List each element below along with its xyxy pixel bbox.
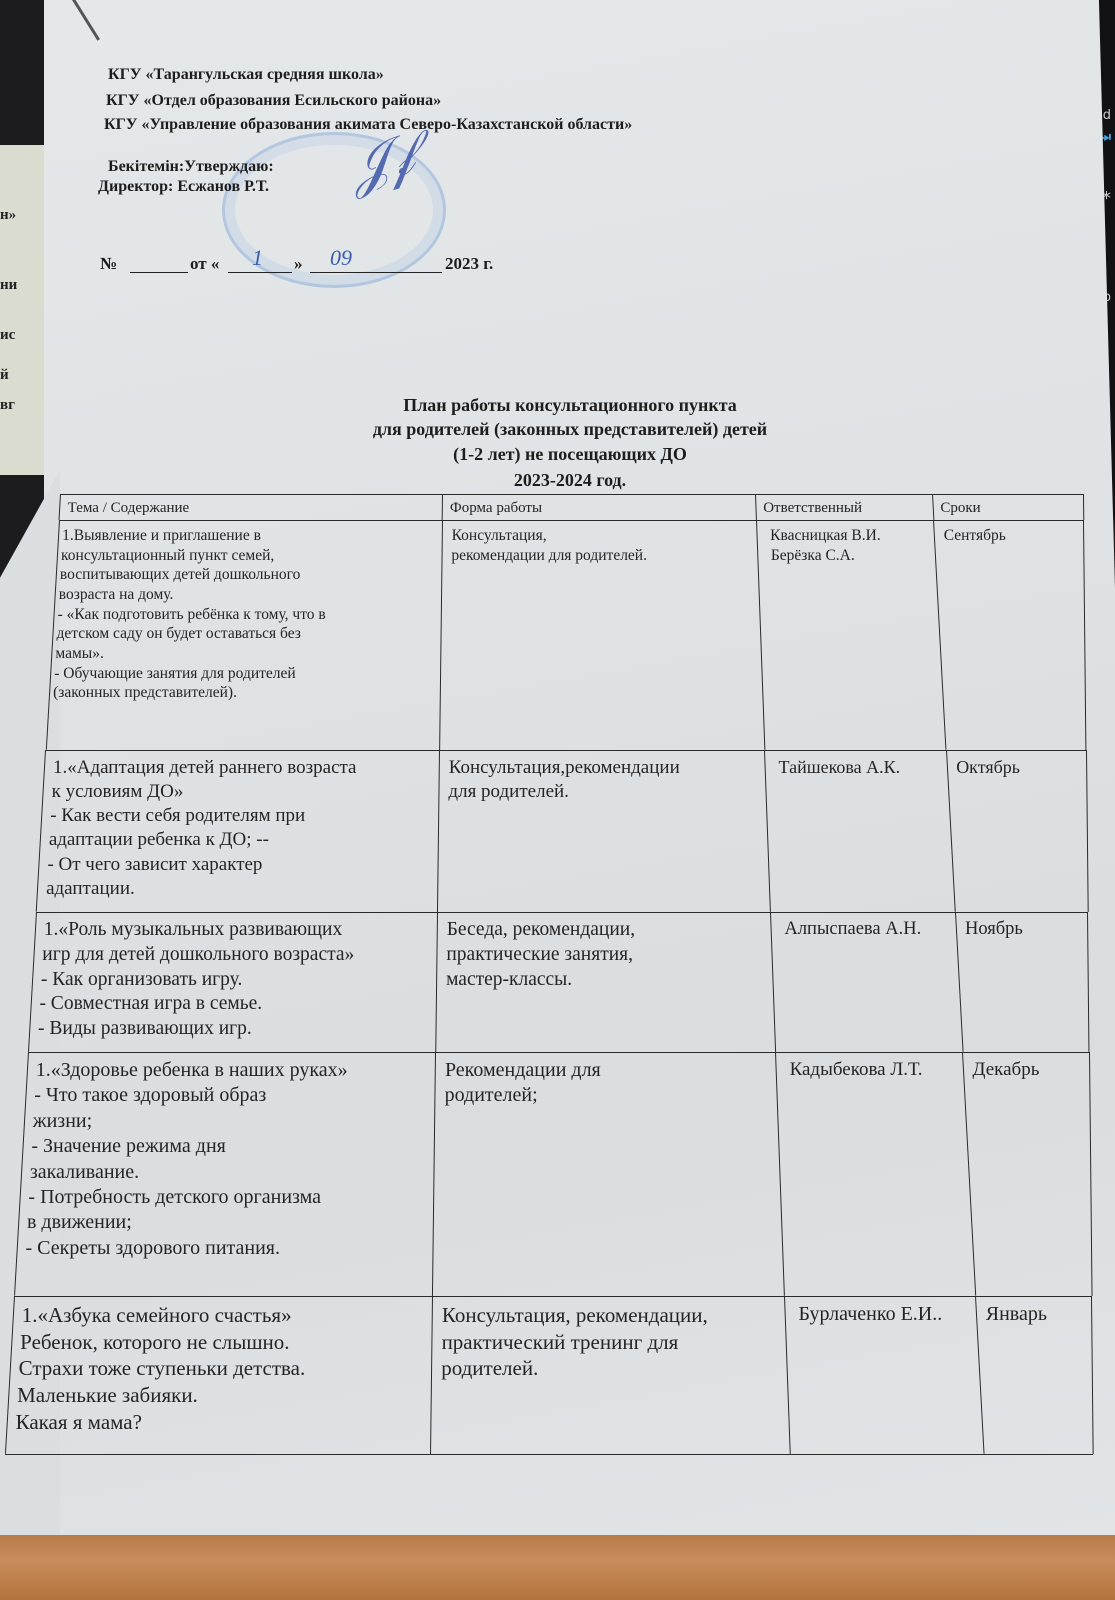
underlying-text-fragment: н» xyxy=(0,207,16,224)
order-number-prefix: № xyxy=(100,254,117,274)
responsible-line: Бурлаченко Е.И.. xyxy=(798,1302,942,1327)
table-header-topic: Тема / Содержание xyxy=(68,499,190,518)
table-row-divider xyxy=(59,520,1084,521)
order-month-handwritten: 09 xyxy=(330,245,352,271)
underlying-text-fragment: вг xyxy=(0,397,15,414)
org-line-school: КГУ «Тарангульская средняя школа» xyxy=(108,66,384,84)
term-cell: Октябрь xyxy=(956,756,1020,779)
table-header-responsible: Ответственный xyxy=(763,499,862,518)
table-row-divider xyxy=(14,1296,1091,1297)
topic-line: - Виды развивающих игр. xyxy=(38,1017,252,1042)
order-day-blank xyxy=(228,272,292,273)
form-line: мастер-классы. xyxy=(446,968,572,993)
form-line: Консультация, рекомендации, xyxy=(442,1302,708,1329)
responsible-line: Квасницкая В.И. xyxy=(770,526,881,546)
underlying-text-fragment: й xyxy=(0,367,9,384)
form-line: для родителей. xyxy=(448,780,569,804)
table-header-form: Форма работы xyxy=(450,499,542,518)
responsible-line: Берёзка С.А. xyxy=(771,546,855,566)
director-label: Директор: Есжанов Р.Т. xyxy=(98,178,269,196)
topic-line: Маленькие забияки. xyxy=(17,1382,198,1409)
page-title-line-3: (1-2 лет) не посещающих ДО xyxy=(250,444,890,465)
approve-label: Бекітемін:Утверждаю: xyxy=(108,158,274,176)
responsible-line: Алпыспаева А.Н. xyxy=(784,918,921,941)
form-line: родителей; xyxy=(445,1083,538,1108)
order-year: 2023 г. xyxy=(445,254,493,274)
order-month-blank xyxy=(310,272,442,273)
term-cell: Сентябрь xyxy=(944,526,1006,546)
topic-line: - Что такое здоровый образ xyxy=(34,1083,266,1108)
topic-line: адаптации ребенка к ДО; -- xyxy=(49,828,269,852)
wooden-desk xyxy=(0,1535,1115,1600)
order-close-quote: » xyxy=(294,254,303,274)
topic-line: - «Как подготовить ребёнка к тому, что в xyxy=(58,605,326,625)
topic-line: 1.Выявление и приглашение в xyxy=(62,526,261,546)
topic-line: - Совместная игра в семье. xyxy=(39,992,262,1017)
topic-line: - Как вести себя родителям при xyxy=(50,804,305,828)
topic-line: 1.«Здоровье ребенка в наших руках» xyxy=(36,1058,348,1083)
topic-line: (законных представителей). xyxy=(53,683,237,703)
responsible-line: Тайшекова А.К. xyxy=(779,756,901,779)
term-cell: Январь xyxy=(986,1302,1047,1327)
topic-line: игр для детей дошкольного возраста» xyxy=(42,943,354,968)
topic-line: - Потребность детского организма xyxy=(28,1185,321,1210)
topic-line: детском саду он будет оставаться без xyxy=(57,624,301,644)
underlying-text-fragment: ис xyxy=(0,327,15,344)
topic-line: - Обучающие занятия для родителей xyxy=(54,664,295,684)
form-line: практические занятия, xyxy=(446,943,633,968)
topic-line: Какая я мама? xyxy=(16,1409,142,1436)
form-line: рекомендации для родителей. xyxy=(451,546,647,566)
topic-line: жизни; xyxy=(33,1109,92,1134)
org-line-department: КГУ «Отдел образования Есильского района… xyxy=(106,92,441,110)
topic-line: - Секреты здорового питания. xyxy=(26,1236,281,1261)
table-header-term: Сроки xyxy=(940,499,980,518)
topic-line: закаливание. xyxy=(30,1160,139,1185)
page-title-line-2: для родителей (законных представителей) … xyxy=(250,419,890,440)
form-line: Консультация, xyxy=(452,526,547,546)
order-day-handwritten: 1 xyxy=(252,245,263,271)
topic-line: к условиям ДО» xyxy=(52,780,184,804)
form-line: практический тренинг для xyxy=(442,1329,679,1356)
form-line: Беседа, рекомендации, xyxy=(447,918,635,943)
form-line: Консультация,рекомендации xyxy=(449,756,680,780)
order-number-blank xyxy=(130,272,188,273)
topic-line: Страхи тоже ступеньки детства. xyxy=(19,1355,306,1382)
topic-line: - Как организовать игру. xyxy=(41,968,242,993)
term-cell: Декабрь xyxy=(973,1058,1040,1082)
form-line: родителей. xyxy=(441,1355,538,1382)
table-row-divider xyxy=(36,912,1087,913)
topic-line: мамы». xyxy=(55,644,103,664)
topic-line: 1.«Адаптация детей раннего возраста xyxy=(53,756,357,780)
underlying-text-fragment: ни xyxy=(0,277,17,294)
table-row-divider xyxy=(5,1454,1093,1455)
topic-line: - Значение режима дня xyxy=(31,1134,226,1159)
topic-line: 1.«Роль музыкальных развивающих xyxy=(44,918,343,943)
topic-line: Ребенок, которого не слышно. xyxy=(20,1329,289,1356)
responsible-line: Кадыбекова Л.Т. xyxy=(790,1058,923,1082)
form-line: Рекомендации для xyxy=(445,1058,601,1083)
topic-line: - От чего зависит характер xyxy=(47,853,262,877)
topic-line: консультационный пункт семей, xyxy=(61,546,274,566)
order-from-label: от « xyxy=(190,254,219,274)
table-top-border xyxy=(60,494,1083,495)
topic-line: воспитывающих детей дошкольного xyxy=(60,565,300,585)
term-cell: Ноябрь xyxy=(965,918,1023,941)
topic-line: возраста на дому. xyxy=(59,585,174,605)
table-row-divider xyxy=(45,750,1085,751)
topic-line: 1.«Азбука семейного счастья» xyxy=(22,1302,292,1329)
topic-line: адаптации. xyxy=(46,877,135,901)
table-row-divider xyxy=(28,1052,1089,1053)
page-title-line-1: План работы консультационного пункта xyxy=(250,395,890,416)
topic-line: в движении; xyxy=(27,1210,132,1235)
page-title-year: 2023-2024 год. xyxy=(250,470,890,491)
